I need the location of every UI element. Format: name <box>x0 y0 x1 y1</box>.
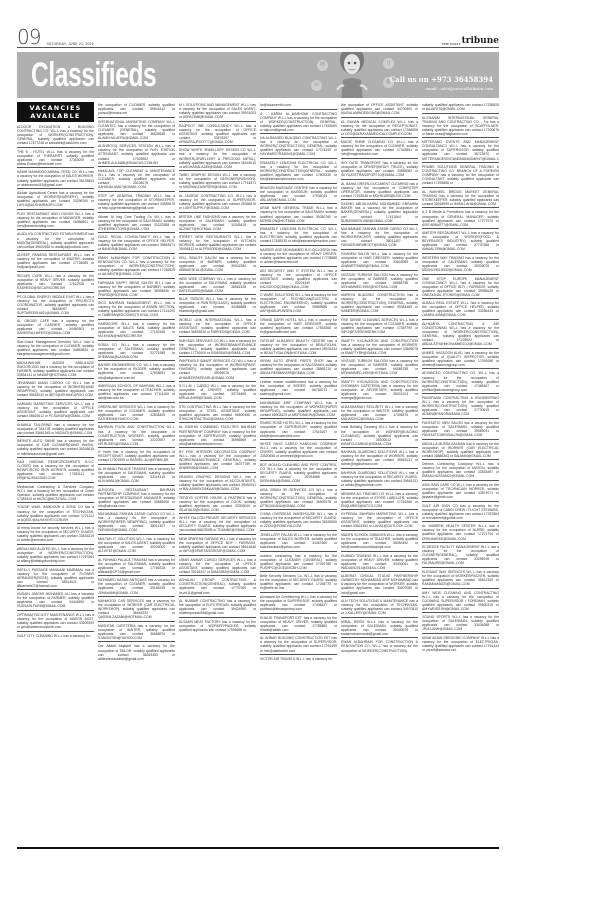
page-date: SATURDAY, JUNE 21, 2025 <box>46 42 93 46</box>
classified-ad: ALSHROOQ SERVICES STATION W.L.L has a va… <box>98 143 175 167</box>
classified-ad: IBRAHIM ALI TRADING CO W.L.L has a vacan… <box>341 491 418 511</box>
classified-ad: Athwer Al Irag Cars Trading Co W.L.L has… <box>98 214 175 234</box>
classified-ad: FANTASTIC MEN SALON has a vacancy for th… <box>422 420 499 440</box>
banner-title: Classifieds <box>31 56 156 95</box>
classified-ad: BOT MOULD CLEANING AND PEST CONTROL CO W… <box>260 462 337 486</box>
classified-ad: BRAGON MASSAGE CENTRE has a vacancy for … <box>260 185 337 205</box>
classified-ad: O WARE SOLUTIONS W.L.L has a vacancy for… <box>260 292 337 316</box>
classified-ad: al emna house for security services W.L.… <box>17 525 94 545</box>
mobile-icon: ▯ <box>383 58 394 69</box>
classified-ad: ECOEDGE FACILITY MANAGEMENT W.L.L has a … <box>422 544 499 568</box>
classified-ad: ALDOOR EXCAVATION & BUILDING CONTRACTING… <box>17 124 94 148</box>
classified-ad: MAGIC SHINE CLEANING CO. W.L.L has a vac… <box>341 139 418 159</box>
classified-ad: STB CONTRACTING W.L.L has a vacancy for … <box>179 404 256 424</box>
classified-ad: RAHEE ROSE HOTEL W.L.L has a vacancy for… <box>260 420 337 440</box>
classified-ad: SNOW WHITE JEWELLERY DESIGN CO W.L.L has… <box>179 147 256 171</box>
classified-ad: A 2 B Media & Promotions has a vacancy f… <box>422 209 499 229</box>
classified-ad: S.O.L.M. / CARGO W.L.L has a vacancy for… <box>179 383 256 403</box>
classified-ad: AL FAHHAD PALACE TRADING has a vacancy f… <box>98 557 175 577</box>
classified-ad: EWAN ALBAHRAIN FOR CONSTRUCTION & RENOVA… <box>341 639 418 654</box>
classified-ad: JEWELLERY PALAM W.L.L has a vacancy for … <box>260 532 337 552</box>
classified-ad: the occupation of OFFICE ASSISTANT, suit… <box>341 102 418 118</box>
classified-ad: VINTAGE TURKISH SALOON has a vacancy for… <box>341 272 418 292</box>
classified-ad: PLAY RESTAURANT AND LOUNGE W.L.L has a v… <box>17 211 94 231</box>
classified-ad: PRAIBS SOLUTIONS GENERAL TRADING & CONTR… <box>422 164 499 188</box>
classified-ad: BY FIVE INTERIOR DECORATION COMPANY W.L.… <box>179 449 256 473</box>
classified-ad: SICO BAHRAIN MANAGEMENT W.L.L has a vaca… <box>98 300 175 320</box>
classified-ad: A - KARIM AL_MARHOMI CONTRACTING COMPANY… <box>260 111 337 135</box>
classified-ad: AMY WEIS CLEANING AND CONTRACTING W.L.L … <box>422 590 499 614</box>
tribune-logo: THE DAILY tribune <box>442 36 499 46</box>
classified-ad: Dar Alfalal Alqaseri has a vacancy for t… <box>98 643 175 662</box>
classified-ad: ALN TECH SOLUTIONS & MAINTENANCE has a v… <box>341 598 418 618</box>
classified-ad: HIMALAYA TOP CLEANING & MAINTENANCE W.L.… <box>98 168 175 192</box>
classified-ad: AL RAHAN MEDICAL COMPLEX W.L.L has a vac… <box>341 119 418 139</box>
classifieds-banner: Classifieds ✉ ☏ ▯ ◍ Call us on +973 3645… <box>17 52 499 98</box>
classified-ad: WHITE FALCON PRIVATE SECURITY SERVICES W… <box>179 515 256 535</box>
classified-ad: SAFILLY PASSAGE MANNANI MARMAAL has a va… <box>17 567 94 591</box>
classified-ad: AMSTER RESTAURANT W.L.L has a vacancy fo… <box>422 230 499 254</box>
classified-ad: Mechanical Contracting & Services Compan… <box>17 484 94 504</box>
classified-ad: GULF AIR SIGN CO has a vacancy for the o… <box>422 503 499 523</box>
classified-ad: ADVANCED CONTRACTING CO. W.L.L has a vac… <box>422 370 499 394</box>
banner-email: email : advt@newsofbahrain.com <box>425 86 493 91</box>
classified-ad: AMERICAN SCHOOL OF BAHRAIN W.L.L has a v… <box>98 383 175 403</box>
classified-ad: NASSER ASD MOHAMMED B.S.C(CLOSED) has a … <box>260 247 337 267</box>
vacancies-heading: VACANCIES AVAILABLE <box>17 102 94 122</box>
masthead: 09 SATURDAY, JUNE 21, 2025 THE DAILY tri… <box>17 26 499 48</box>
classified-ad: AL NUSRAT CONTRACTING CO. W.L.L has a va… <box>179 193 256 213</box>
classified-ad: MASHTAN CAFETERIA has a vacancy for the … <box>98 623 175 643</box>
classified-ad: AMREYA BUILDING CONSTRUCTION has a vacan… <box>341 292 418 316</box>
classified-ad: ESMAEELY LENZOHM ELECTRICAL CO. W.L.L ha… <box>260 226 337 246</box>
classified-ad: ALREEF PANASIA RESTAURANT W.L.L has a va… <box>17 252 94 272</box>
classified-ad: AL HAMEEM HEALTH CENTER W.L.L has a vaca… <box>422 523 499 543</box>
classified-ad: STEP UP GENERAL TRADING W.L.L has a vaca… <box>98 193 175 213</box>
classified-ad: ONE STOP EUROPE MANAGEMENT CONSULTANCY W… <box>422 276 499 300</box>
classified-ad: ASIA GRAIN 99 SERVICES CO W.L.L has a va… <box>260 487 337 511</box>
classified-ad: YOUSIF WAEL HAMDOUN & SONS CO has a vaca… <box>17 504 94 524</box>
column-1: VACANCIES AVAILABLE ALDOOR EXCAVATION & … <box>17 102 94 664</box>
banner-phone: Call us on +973 36458394 <box>390 75 493 84</box>
classified-ad: AL NAKHEEL BRIDGE MARKET GENERAL TRADING… <box>422 189 499 209</box>
classified-ad: KHALID TRANSPORT EST. has a vacancy for … <box>260 615 337 635</box>
classified-ad: Alkhair Agricultural Centre has a vacanc… <box>17 190 94 210</box>
classified-ad: KELL BEAUTY SALON has a vacancy for the … <box>179 255 256 275</box>
classified-ad: GULF CITY CLEANING W.L.L has a vacancy f… <box>17 633 94 640</box>
classified-ad: KHAWLA TAILORING has a vacancy for the o… <box>17 422 94 438</box>
classified-ad: G Hotel has a vacancy for the occupation… <box>98 449 175 465</box>
classified-ad: RAJPOOT 988 CONSULTANCY W.L.L has a vaca… <box>179 123 256 147</box>
classified-ad: ABDULHADI ALAYED W.L.L has a vacancy for… <box>17 546 94 566</box>
classified-ad: Star-Grace Management Services W.L.L has… <box>17 339 94 359</box>
classified-ad: WESTERN WAY TRADING has a vacancy for th… <box>422 255 499 275</box>
classified-ad: MADEN SCHOOL DIWANIYA W.L.L has a vacanc… <box>341 532 418 552</box>
classified-ad: ABDULLA MUSSA SALMAN has a vacancy for t… <box>422 441 499 461</box>
classified-ad: AL AHBAR BUILDING CONSTRUCTION EST has a… <box>260 635 337 655</box>
classified-ad: ALROOFA RESTAURANT BAHRAIN PARTNERSHIP C… <box>98 487 175 511</box>
classified-ad: suitably qualified applicants can contac… <box>422 102 499 114</box>
column-4: hs@alzawerrbh.comA - KARIM AL_MARHOMI CO… <box>260 102 337 664</box>
classified-ad: AHMED HASSOON ALALI has a vacancy for th… <box>422 350 499 370</box>
classified-ad: ALBASHARIAH SECURITY W.L.L has a vacancy… <box>341 404 418 424</box>
classified-ad: FATEHAT ALHAJEEZ BEAUTY CENTRE has a vac… <box>260 338 337 358</box>
classified-ad: HEAVEN GRAPHIC DESIGNS W.L.L has a vacan… <box>179 474 256 494</box>
classified-ad: PAKPEARLS SMART SERVICES CO W.L.L has a … <box>179 358 256 382</box>
mail-icon: ✉ <box>317 60 328 71</box>
classified-ad: AL BAHIA GREEN DOCUMENT CLEARING has a v… <box>341 181 418 201</box>
classified-ad: AL RASHID COMBINED FACILITIES BAHRAIN PA… <box>179 424 256 448</box>
classified-ad: TEDDYS COFFEE HOUSE & PASTRIES has a vac… <box>179 495 256 515</box>
classified-ad: VICTOR AIR TRAVELS W.L.L has a vacancy f… <box>260 656 337 663</box>
classified-ad: WHITE RAYS CARGO HANDLING COMPANY W.L.L … <box>260 441 337 461</box>
classified-ad: NEW SPARTAN GARAGE W.L.L has a vacancy f… <box>179 536 256 556</box>
classified-ad: CHINA OVERSEAS WAREHOUSE W.L.L has a vac… <box>260 511 337 531</box>
classified-ad: YOUNG SPORTS W.L.L has a vacancy for the… <box>422 614 499 634</box>
woman-illustration-icon <box>335 52 369 98</box>
classified-ad: SMH BUS SERVICES CO W.L.L has a vacancy … <box>179 338 256 358</box>
classified-ad: FARHAAB HAPPY MENS SALON W.L.L has a vac… <box>98 280 175 300</box>
classified-ad: PS GLOBAL ENERGY MIDDLE EAST W.L.L has a… <box>17 294 94 318</box>
classified-ad: MUHAMMAD FARHAN ZAFAR CARGO CO W.L.L has… <box>341 226 418 250</box>
classified-ad: ALGHANIM INTERNATIONAL GENERAL TRADING A… <box>422 115 499 139</box>
classified-ad: GREENLINE SERVICES W.L.L has a vacancy f… <box>98 404 175 424</box>
classified-ad: INTERNATIONAL MARKETING COMPANY W.L.L CL… <box>98 119 175 143</box>
classified-ad: MUHAMMAD FARHAN ZAFAR CARGO CO W.L.L has… <box>98 511 175 535</box>
classified-ad: ELEGANT WAY SERVICES W.L.L has a vacancy… <box>422 569 499 589</box>
classified-ad: WORLD LINK INTERNATIONAL W.L.L has a vac… <box>179 317 256 337</box>
classified-ad: ESMAEELY LENZOHM ELECTRICAL CO. W.L.L ha… <box>260 160 337 184</box>
classified-ad: BAHRAIN FOOD AND CONSTRUCTION W.L.L has … <box>98 424 175 448</box>
classified-ad: NA ALRASHED BUILDING CONTRACTING W.L.L h… <box>260 135 337 159</box>
classified-ad: ALBERAT CIRIGAL STUDIO PARTNERSHIP OWNED… <box>341 573 418 597</box>
classified-ad: SMAFTY EXCAVATION AND CONSTRUCTION CHOMM… <box>341 379 418 403</box>
classified-ad: TAIBO GRAPHIC DESIGN W.L.L has a vacancy… <box>179 172 256 192</box>
classified-ad: BRITISH LINE FASHIONS has a vacancy for … <box>179 214 256 234</box>
classified-ad: UMAR ANWAR CARGO SERVICES W.L.L has a va… <box>179 557 256 577</box>
classified-ad: ABDULWAHAB JASSIM ABDULAZIZ SWOOR/1530 h… <box>17 360 94 380</box>
classified-ad: STREET WOK RESTAURANTS W.L.L has a vacan… <box>179 234 256 254</box>
newspaper-page: 09 SATURDAY, JUNE 21, 2025 THE DAILY tri… <box>17 26 499 664</box>
classified-ad: BLUE DESIGN W.L.L has a vacancy for the … <box>179 296 256 316</box>
classified-columns: VACANCIES AVAILABLE ALDOOR EXCAVATION & … <box>17 102 499 664</box>
classified-ad: BAHRAIN GUARDING SOLUTIONS W.L.L has a v… <box>341 470 418 490</box>
classified-ad: Delmon Contracting Company W.L.L has a v… <box>422 461 499 481</box>
classified-ad: M L SOLUTIONS AND MANAGEMENT W.L.L has a… <box>179 102 256 122</box>
classified-ad: NASIR MAHMOOD ANIMAL FEED CO. W.L.L has … <box>17 169 94 189</box>
classified-ad: GRAND SAFIR HOTEL W.L.L has a vacancy fo… <box>260 317 337 337</box>
classified-ad: Belle Security Services Co. W.L.L has a … <box>260 573 337 593</box>
classified-ad: Insaf Building Cleaning W.L.L has a vaca… <box>341 424 418 448</box>
classified-ad: ALBALA REAL ESTATE W.L.L has a vacancy f… <box>422 300 499 320</box>
classified-ad: HYPERIAL BAHRAIN MARKETING W.L.L has a v… <box>341 511 418 531</box>
classified-ad: ARAB ASIAN DREDGING COMPANY W.L.L has a … <box>422 635 499 654</box>
classified-ad: MULTAH IT SOLUTION W.L.L has a vacancy f… <box>98 536 175 556</box>
classified-ad: OPTIMUM FACILITY MAINTENANCE W.L.L has a… <box>17 612 94 632</box>
classified-ad: Almasyed Air Conditioning W.L.L has a va… <box>260 594 337 614</box>
classified-ad: Leather master establishment has a vacan… <box>260 379 337 399</box>
classified-ad: MAHMOOD CAR SERVICES has a vacancy for t… <box>98 598 175 622</box>
page-number: 09 <box>17 28 40 46</box>
classified-ad: hs@alzawerrbh.com <box>260 102 337 110</box>
classified-ad: FIVE SENSE CLEANING SERVICES W.L.L has a… <box>341 317 418 337</box>
column-5: the occupation of OFFICE ASSISTANT, suit… <box>341 102 418 664</box>
classified-ad: JEHANMAD AMAN CARGO CO W.L.L has a vacan… <box>17 380 94 400</box>
classified-ad: AL KHAMAJ PALACE TRADING has a vacancy f… <box>98 466 175 486</box>
classified-ad: GHANEM SALON W.L.L has a vacancy for the… <box>341 251 418 271</box>
classified-ad: BAHRAIN GUARDING SOLUTIONS W.L.L has a v… <box>341 449 418 469</box>
classified-ad: BAHIDE ENGINEERING CO. W.L.L has a vacan… <box>98 362 175 382</box>
logo-text: tribune <box>462 36 499 46</box>
classified-ad: SMAFTY EXCAVATION AND CONSTRUCTION has a… <box>341 338 418 358</box>
classified-ad: INFINITE AUTO SHINE has a vacancy for th… <box>17 438 94 458</box>
classified-ad: RASHID ABDULKARIM MOHAMMED EBRAHIM BAKER… <box>341 201 418 225</box>
classified-ad: AL OBOUR CAFE has a vacancy for the occu… <box>17 318 94 338</box>
classified-ad: the occupation of CLEANER, suitably qual… <box>98 102 175 118</box>
logo-small-text: THE DAILY <box>442 43 461 46</box>
page-bottom-rule <box>17 847 499 849</box>
classified-ad: DUWADI TRADING W.L.L has a vacancy for t… <box>341 553 418 573</box>
classified-ad: HUSAIN JAAFAR MOHAMED ALI has a vacancy … <box>17 591 94 611</box>
classified-ad: HAJI HASSAN REINFORCEMENTS B.S.C CLOSED … <box>17 459 94 483</box>
classified-ad: ALSAMN MEAT FACTORY has a vacancy for th… <box>179 619 256 634</box>
classified-ad: ARAB NAPE GENERAL TRADE W.L.L has a vaca… <box>260 205 337 225</box>
masthead-left: 09 SATURDAY, JUNE 21, 2025 <box>17 28 94 46</box>
classified-ad: HARMCORE W.L.L has a vacancy for the occ… <box>98 321 175 341</box>
classified-ad: MUHAMMAD ARIF COMPANY W.L.L has a vacanc… <box>260 400 337 420</box>
classified-ad: PANORAMA CONTRACTING & ENGINEERING W.L.L… <box>422 395 499 419</box>
classified-ad: MITTERAND EVENTS AND MANAGEMENT CONSULTA… <box>422 139 499 163</box>
classified-ad: ALHILMIYA CONTRACTING & AIR CONDITIONING… <box>422 321 499 349</box>
classified-ad: IKRAM AUTO SPARE PARTS SHOP has a vacanc… <box>260 358 337 378</box>
classified-ad: EMAN ALBAHRAIN FOR CONSTRUCTION & RENOVA… <box>98 255 175 279</box>
classified-ad: ALADLIYA CONTRACTING ESTABLISHMENT has a… <box>17 231 94 251</box>
column-3: M L SOLUTIONS AND MANAGEMENT W.L.L has a… <box>179 102 256 664</box>
classified-ad: MOHAMED HASAN ANTIQUES has a vacancy for… <box>98 577 175 597</box>
classified-ad: AIN SECURITY AND IT SYSTEM W.L.L has a v… <box>260 268 337 292</box>
classified-ad: HARMAN MARKETING SERVICES W.L.L has a va… <box>17 401 94 421</box>
classified-ad: oceanic contracting has a vacancy for th… <box>260 553 337 573</box>
classified-ad: VINTAGE TURKISH SALOON has a vacancy for… <box>341 358 418 378</box>
classified-ad: ASHALAH GROUP CONTRACTING & CONSTRUCTION… <box>179 577 256 597</box>
column-6: suitably qualified applicants can contac… <box>422 102 499 664</box>
classified-ad: GOLD REGAL CONSULTANCY W.L.L has a vacan… <box>98 234 175 254</box>
phone-icon: ☏ <box>311 80 322 91</box>
classified-ad: SKY GATE TRANSPORT has a vacancy for the… <box>341 160 418 180</box>
classified-ad: ASIA GAIN CARE CO W.L.L has a vacancy fo… <box>422 482 499 502</box>
column-2: the occupation of CLEANER, suitably qual… <box>98 102 175 664</box>
classified-ad: THE K - HOTEL W.L.L has a vacancy for th… <box>17 149 94 169</box>
classified-ad: SECURI CORE W.L.L has a vacancy for the … <box>17 273 94 293</box>
classified-ad: AL NUWAIR CONTRACTING has a vacancy for … <box>179 598 256 618</box>
classified-ad: WEB WISE COMPANY W.L.L has a vacancy for… <box>179 276 256 296</box>
classified-ad: MIRAL BIRDS W.L.L has a vacancy for the … <box>341 619 418 639</box>
classified-ad: ROKIA CO. W.L.L has a vacancy for the oc… <box>98 342 175 362</box>
